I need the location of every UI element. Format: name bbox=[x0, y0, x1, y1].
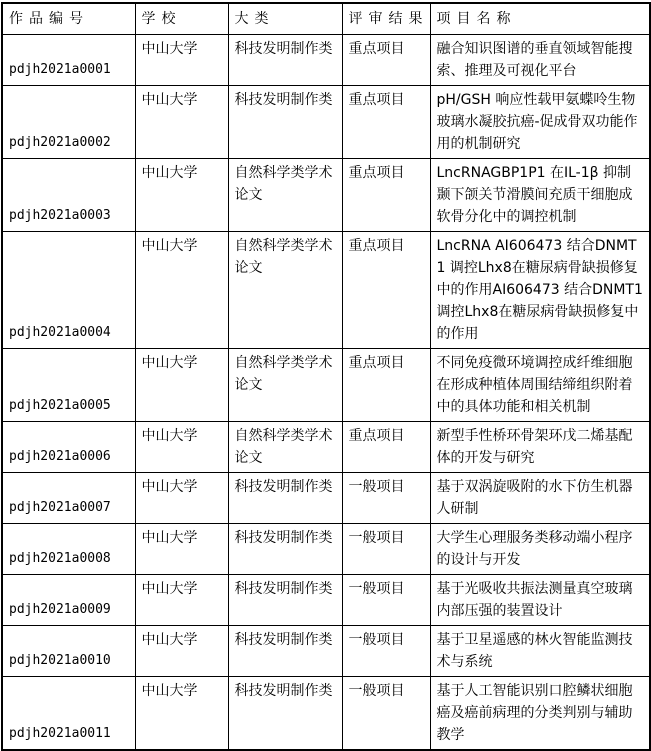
col-header-project: 项目名称 bbox=[430, 3, 650, 35]
cell-project: 新型手性桥环骨架环戊二烯基配体的开发与研究 bbox=[430, 422, 650, 473]
cell-category: 科技发明制作类 bbox=[228, 677, 342, 751]
cell-result: 一般项目 bbox=[342, 473, 430, 524]
col-header-category: 大类 bbox=[228, 3, 342, 35]
cell-work-id: pdjh2021a0001 bbox=[2, 35, 135, 86]
cell-result: 重点项目 bbox=[342, 349, 430, 422]
table-row: pdjh2021a0006中山大学自然科学类学术论文重点项目新型手性桥环骨架环戊… bbox=[2, 422, 650, 473]
cell-result: 重点项目 bbox=[342, 422, 430, 473]
table-row: pdjh2021a0005中山大学自然科学类学术论文重点项目不同免疫微环境调控成… bbox=[2, 349, 650, 422]
cell-school: 中山大学 bbox=[135, 422, 228, 473]
cell-work-id: pdjh2021a0006 bbox=[2, 422, 135, 473]
cell-category: 科技发明制作类 bbox=[228, 575, 342, 626]
table-row: pdjh2021a0008中山大学科技发明制作类一般项目大学生心理服务类移动端小… bbox=[2, 524, 650, 575]
cell-school: 中山大学 bbox=[135, 159, 228, 232]
cell-work-id: pdjh2021a0011 bbox=[2, 677, 135, 751]
cell-school: 中山大学 bbox=[135, 86, 228, 159]
cell-project: pH/GSH 响应性载甲氨蝶呤生物玻璃水凝胶抗癌-促成骨双功能作用的机制研究 bbox=[430, 86, 650, 159]
cell-category: 科技发明制作类 bbox=[228, 86, 342, 159]
cell-category: 科技发明制作类 bbox=[228, 473, 342, 524]
cell-project: 基于人工智能识别口腔鳞状细胞癌及癌前病理的分类判别与辅助教学 bbox=[430, 677, 650, 751]
cell-result: 重点项目 bbox=[342, 86, 430, 159]
cell-project: 大学生心理服务类移动端小程序的设计与开发 bbox=[430, 524, 650, 575]
cell-work-id: pdjh2021a0007 bbox=[2, 473, 135, 524]
cell-project: 基于光吸收共振法测量真空玻璃内部压强的装置设计 bbox=[430, 575, 650, 626]
cell-school: 中山大学 bbox=[135, 626, 228, 677]
projects-table: 作品编号 学校 大类 评审结果 项目名称 pdjh2021a0001中山大学科技… bbox=[1, 2, 651, 751]
cell-result: 重点项目 bbox=[342, 232, 430, 349]
table-row: pdjh2021a0001中山大学科技发明制作类重点项目融合知识图谱的垂直领域智… bbox=[2, 35, 650, 86]
cell-project: 不同免疫微环境调控成纤维细胞在形成种植体周围结缔组织附着中的具体功能和相关机制 bbox=[430, 349, 650, 422]
cell-category: 自然科学类学术论文 bbox=[228, 422, 342, 473]
cell-result: 一般项目 bbox=[342, 626, 430, 677]
table-row: pdjh2021a0007中山大学科技发明制作类一般项目基于双涡旋吸附的水下仿生… bbox=[2, 473, 650, 524]
cell-project: 融合知识图谱的垂直领域智能搜索、推理及可视化平台 bbox=[430, 35, 650, 86]
cell-result: 一般项目 bbox=[342, 677, 430, 751]
cell-work-id: pdjh2021a0004 bbox=[2, 232, 135, 349]
cell-work-id: pdjh2021a0005 bbox=[2, 349, 135, 422]
table-row: pdjh2021a0002中山大学科技发明制作类重点项目pH/GSH 响应性载甲… bbox=[2, 86, 650, 159]
cell-project: LncRNA AI606473 结合DNMT1 调控Lhx8在糖尿病骨缺损修复中… bbox=[430, 232, 650, 349]
table-row: pdjh2021a0004中山大学自然科学类学术论文重点项目LncRNA AI6… bbox=[2, 232, 650, 349]
cell-category: 自然科学类学术论文 bbox=[228, 159, 342, 232]
cell-work-id: pdjh2021a0010 bbox=[2, 626, 135, 677]
cell-work-id: pdjh2021a0002 bbox=[2, 86, 135, 159]
cell-school: 中山大学 bbox=[135, 677, 228, 751]
document-page: 作品编号 学校 大类 评审结果 项目名称 pdjh2021a0001中山大学科技… bbox=[0, 0, 651, 751]
cell-project: 基于卫星遥感的林火智能监测技术与系统 bbox=[430, 626, 650, 677]
cell-work-id: pdjh2021a0008 bbox=[2, 524, 135, 575]
col-header-result: 评审结果 bbox=[342, 3, 430, 35]
table-row: pdjh2021a0010中山大学科技发明制作类一般项目基于卫星遥感的林火智能监… bbox=[2, 626, 650, 677]
table-body: pdjh2021a0001中山大学科技发明制作类重点项目融合知识图谱的垂直领域智… bbox=[2, 35, 650, 751]
cell-school: 中山大学 bbox=[135, 473, 228, 524]
cell-school: 中山大学 bbox=[135, 524, 228, 575]
cell-school: 中山大学 bbox=[135, 232, 228, 349]
table-row: pdjh2021a0009中山大学科技发明制作类一般项目基于光吸收共振法测量真空… bbox=[2, 575, 650, 626]
cell-school: 中山大学 bbox=[135, 575, 228, 626]
cell-project: LncRNAGBP1P1 在IL-1β 抑制颞下颌关节滑膜间充质干细胞成软骨分化… bbox=[430, 159, 650, 232]
col-header-work-id: 作品编号 bbox=[2, 3, 135, 35]
cell-work-id: pdjh2021a0003 bbox=[2, 159, 135, 232]
cell-category: 科技发明制作类 bbox=[228, 524, 342, 575]
cell-category: 科技发明制作类 bbox=[228, 35, 342, 86]
cell-work-id: pdjh2021a0009 bbox=[2, 575, 135, 626]
col-header-school: 学校 bbox=[135, 3, 228, 35]
header-row: 作品编号 学校 大类 评审结果 项目名称 bbox=[2, 3, 650, 35]
cell-project: 基于双涡旋吸附的水下仿生机器人研制 bbox=[430, 473, 650, 524]
cell-school: 中山大学 bbox=[135, 349, 228, 422]
table-row: pdjh2021a0011中山大学科技发明制作类一般项目基于人工智能识别口腔鳞状… bbox=[2, 677, 650, 751]
cell-result: 重点项目 bbox=[342, 35, 430, 86]
table-row: pdjh2021a0003中山大学自然科学类学术论文重点项目LncRNAGBP1… bbox=[2, 159, 650, 232]
cell-category: 自然科学类学术论文 bbox=[228, 232, 342, 349]
cell-category: 科技发明制作类 bbox=[228, 626, 342, 677]
cell-school: 中山大学 bbox=[135, 35, 228, 86]
cell-result: 重点项目 bbox=[342, 159, 430, 232]
cell-category: 自然科学类学术论文 bbox=[228, 349, 342, 422]
cell-result: 一般项目 bbox=[342, 575, 430, 626]
cell-result: 一般项目 bbox=[342, 524, 430, 575]
